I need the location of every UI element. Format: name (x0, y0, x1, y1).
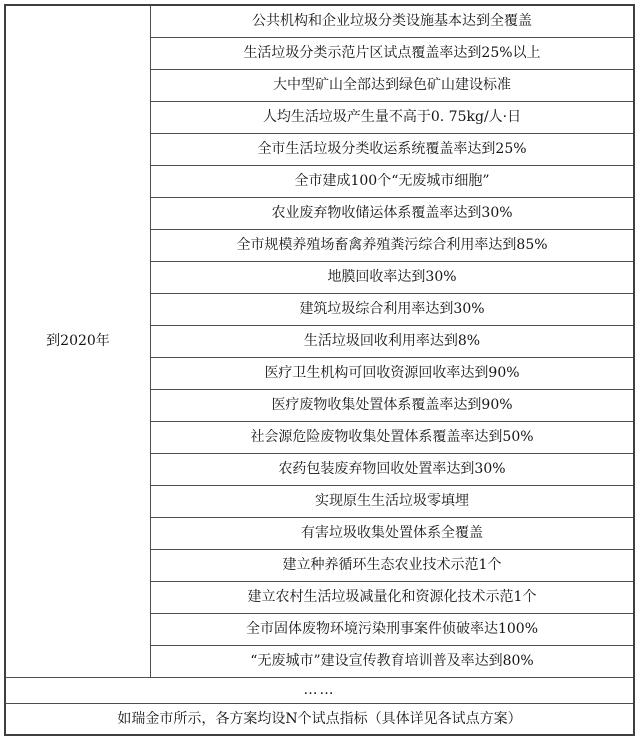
table-row: 到2020年 公共机构和企业垃圾分类设施基本达到全覆盖 (5, 5, 634, 38)
target-cell: 公共机构和企业垃圾分类设施基本达到全覆盖 (151, 5, 635, 38)
target-cell: 建筑垃圾综合利用率达到30% (151, 294, 635, 326)
target-cell: 医疗废物收集处置体系覆盖率达到90% (151, 390, 635, 422)
target-cell: 实现原生生活垃圾零填埋 (151, 486, 635, 518)
target-cell: 建立农村生活垃圾减量化和资源化技术示范1个 (151, 582, 635, 614)
footer-cell: 如瑞金市所示，各方案均设N个试点指标（具体详见各试点方案） (5, 704, 634, 736)
target-cell: 建立种养循环生态农业技术示范1个 (151, 550, 635, 582)
target-cell: 生活垃圾回收利用率达到8% (151, 326, 635, 358)
table-row-footer: 如瑞金市所示，各方案均设N个试点指标（具体详见各试点方案） (5, 704, 634, 736)
target-cell: 有害垃圾收集处置体系全覆盖 (151, 518, 635, 550)
target-cell: 全市生活垃圾分类收运系统覆盖率达到25% (151, 134, 635, 166)
ellipsis-cell: …… (5, 678, 634, 704)
target-cell: 医疗卫生机构可回收资源回收率达到90% (151, 358, 635, 390)
targets-table: 到2020年 公共机构和企业垃圾分类设施基本达到全覆盖 生活垃圾分类示范片区试点… (4, 4, 635, 736)
target-cell: 人均生活垃圾产生量不高于0. 75kg/人·日 (151, 102, 635, 134)
period-cell: 到2020年 (5, 5, 151, 678)
target-cell: 农药包装废弃物回收处置率达到30% (151, 454, 635, 486)
target-cell: 全市规模养殖场畜禽养殖粪污综合利用率达到85% (151, 230, 635, 262)
target-cell: 社会源危险废物收集处置体系覆盖率达到50% (151, 422, 635, 454)
target-cell: 生活垃圾分类示范片区试点覆盖率达到25%以上 (151, 38, 635, 70)
target-cell: 全市固体废物环境污染刑事案件侦破率达100% (151, 614, 635, 646)
document-page: 到2020年 公共机构和企业垃圾分类设施基本达到全覆盖 生活垃圾分类示范片区试点… (0, 0, 640, 754)
target-cell: 大中型矿山全部达到绿色矿山建设标准 (151, 70, 635, 102)
target-cell: 全市建成100个“无废城市细胞” (151, 166, 635, 198)
target-cell: 农业废弃物收储运体系覆盖率达到30% (151, 198, 635, 230)
target-cell: 地膜回收率达到30% (151, 262, 635, 294)
target-cell: “无废城市”建设宣传教育培训普及率达到80% (151, 646, 635, 678)
table-row-ellipsis: …… (5, 678, 634, 704)
